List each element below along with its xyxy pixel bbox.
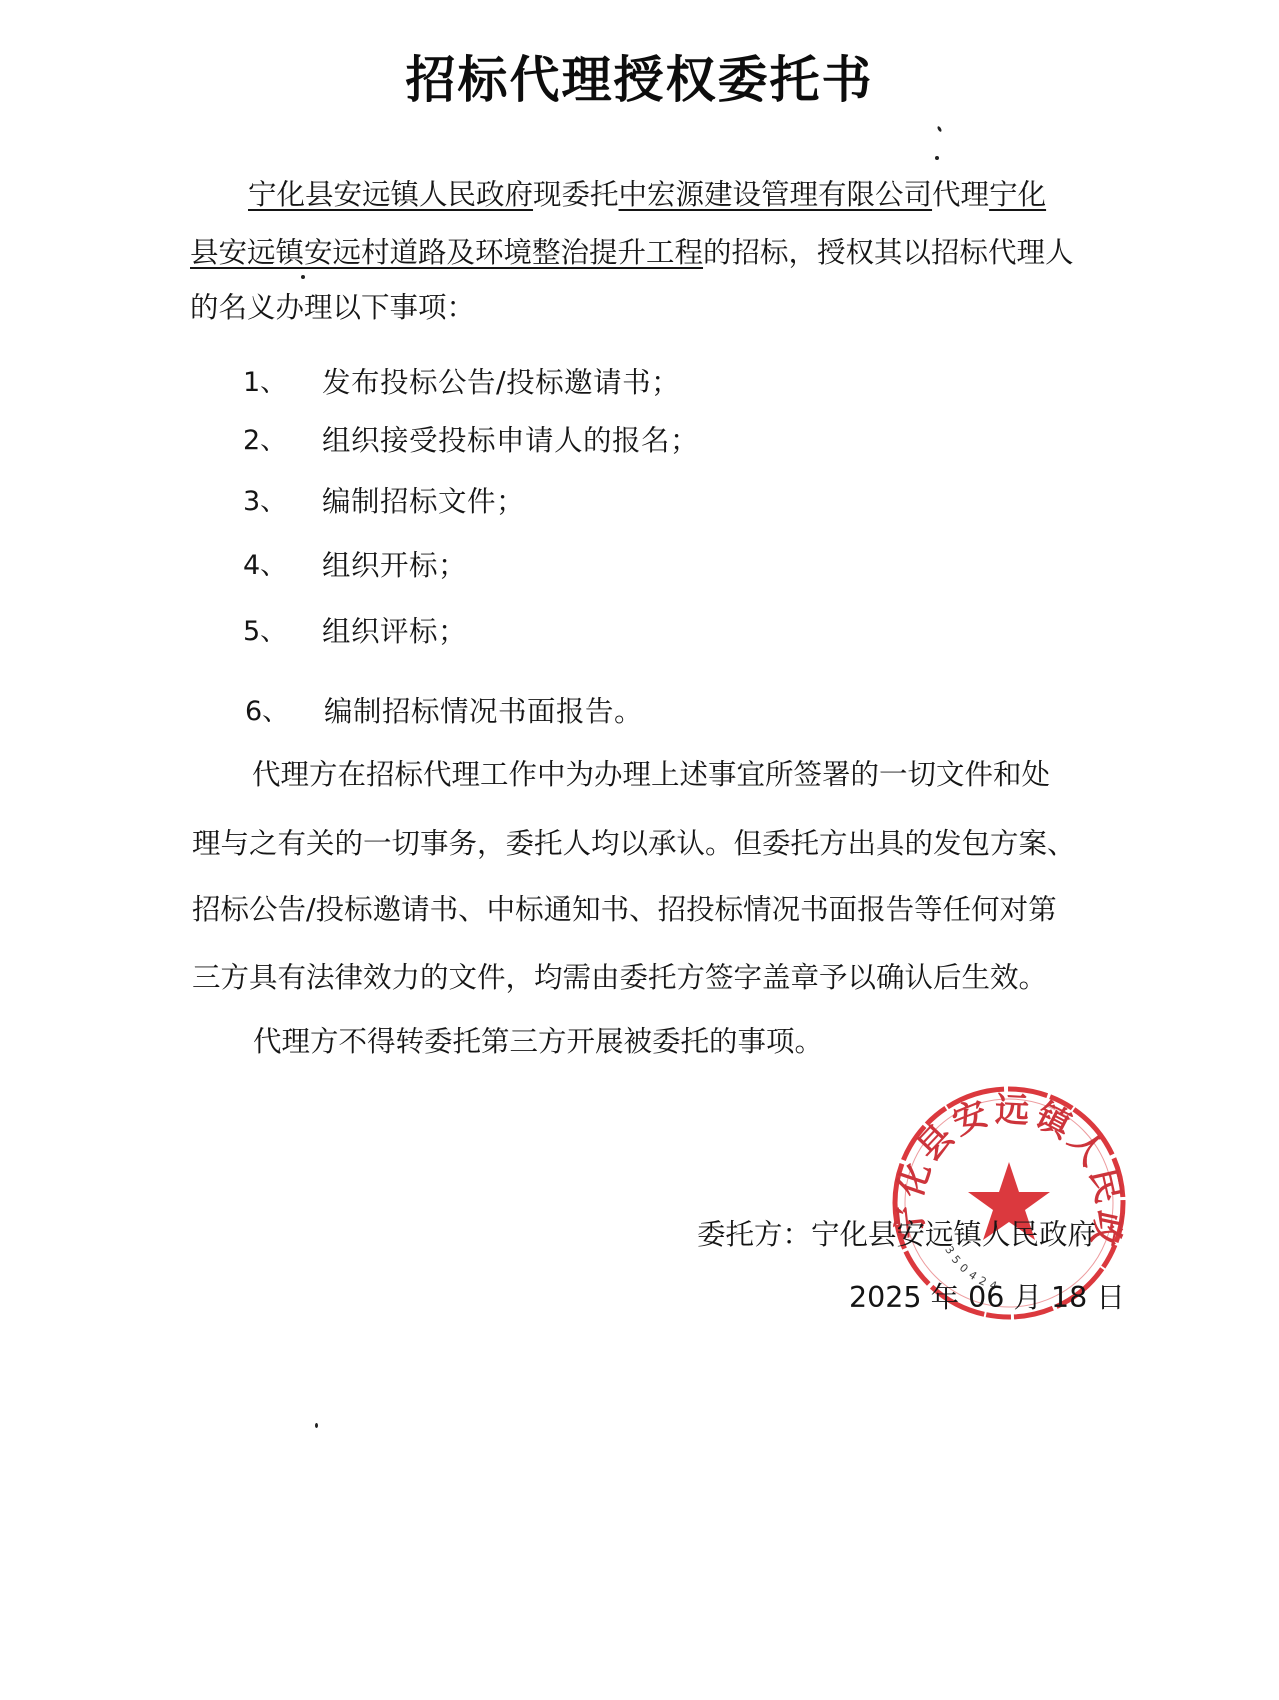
- paragraph1-line-4: 三方具有法律效力的文件，均需由委托方签字盖章予以确认后生效。: [192, 960, 1047, 996]
- item-number: 1、: [243, 365, 287, 401]
- intro-line-2-rest: 的招标，授权其以招标代理人: [703, 236, 1074, 269]
- item-number: 2、: [243, 423, 287, 459]
- paragraph1-line-2: 理与之有关的一切事务，委托人均以承认。但委托方出具的发包方案、: [192, 826, 1076, 862]
- signature-line: 委托方：宁化县安远镇人民政府: [697, 1217, 1096, 1253]
- project-name-start: 宁化: [989, 178, 1046, 211]
- item-text: 组织开标；: [322, 548, 467, 584]
- item-text: 发布投标公告/投标邀请书；: [322, 365, 680, 401]
- intro-line-2: 县安远镇安远村道路及环境整治提升工程的招标，授权其以招标代理人: [190, 235, 1074, 271]
- principal-signature-name: 宁化县安远镇人民政府: [811, 1218, 1096, 1251]
- item-text: 编制招标情况书面报告。: [324, 694, 643, 730]
- paragraph1-line-3: 招标公告/投标邀请书、中标通知书、招投标情况书面报告等任何对第: [192, 892, 1057, 928]
- paragraph1-line-1: 代理方在招标代理工作中为办理上述事宜所签署的一切文件和处: [252, 757, 1050, 793]
- intro-verb: 现委托: [533, 178, 619, 211]
- item-number: 6、: [245, 694, 289, 730]
- scan-mark: [301, 275, 305, 279]
- intro-line-1: 宁化县安远镇人民政府现委托中宏源建设管理有限公司代理宁化: [248, 177, 1046, 213]
- item-text: 组织接受投标申请人的报名；: [322, 423, 699, 459]
- intro-verb2: 代理: [932, 178, 989, 211]
- scan-mark: [315, 1423, 318, 1428]
- paragraph2: 代理方不得转委托第三方开展被委托的事项。: [253, 1024, 823, 1060]
- principal-name: 宁化县安远镇人民政府: [248, 178, 533, 211]
- scan-mark: [935, 156, 939, 160]
- project-name-end: 县安远镇安远村道路及环境整治提升工程: [190, 236, 703, 269]
- agent-name: 中宏源建设管理有限公司: [619, 178, 933, 211]
- item-number: 3、: [243, 484, 287, 520]
- document-title: 招标代理授权委托书: [0, 52, 1279, 108]
- item-number: 4、: [243, 548, 287, 584]
- item-text: 组织评标；: [322, 614, 467, 650]
- document-page: 招标代理授权委托书 宁化县安远镇人民政府现委托中宏源建设管理有限公司代理宁化 县…: [0, 0, 1279, 1700]
- scan-mark: [937, 126, 943, 133]
- intro-line-3: 的名义办理以下事项：: [190, 290, 475, 326]
- item-text: 编制招标文件；: [322, 484, 525, 520]
- signature-date: 2025 年 06 月 18 日: [849, 1280, 1125, 1316]
- item-number: 5、: [243, 614, 287, 650]
- principal-label: 委托方：: [697, 1218, 811, 1251]
